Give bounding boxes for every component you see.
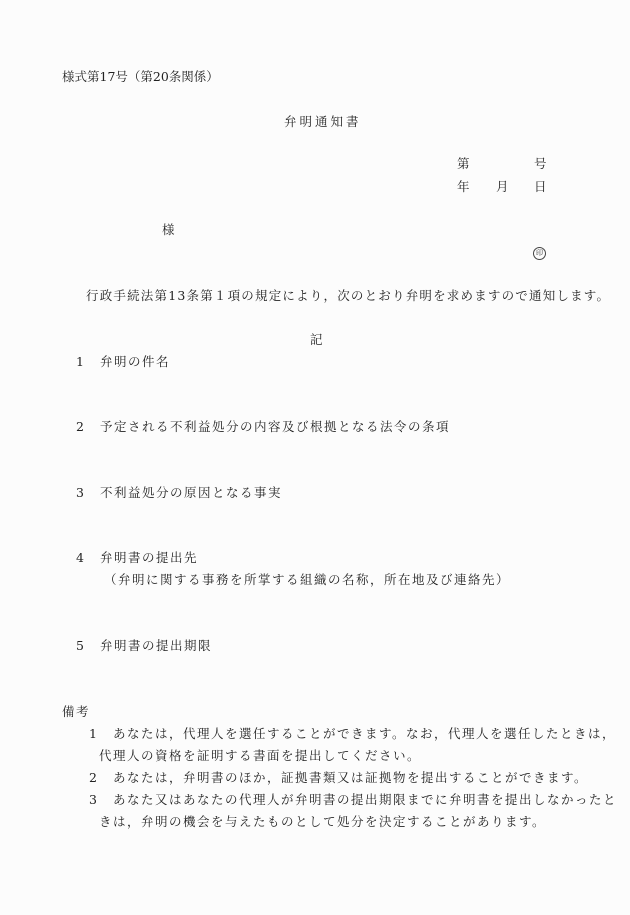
addressee-honorific: 様 [162, 224, 175, 237]
item-5: 5弁明書の提出期限 [76, 640, 212, 653]
remark-1: 1あなたは，代理人を選任することができます。なお，代理人を選任したときは， [89, 728, 616, 741]
form-number: 様式第17号（第20条関係） [62, 71, 219, 84]
date-day: 日 [534, 181, 547, 194]
remark-1-cont: 代理人の資格を証明する書面を提出してください。 [99, 750, 421, 763]
number-prefix: 第 [457, 158, 470, 171]
document-title: 弁明通知書 [284, 116, 362, 129]
seal-icon: 印 [533, 245, 546, 260]
item-1: 1弁明の件名 [76, 356, 170, 369]
item-3: 3不利益処分の原因となる事実 [76, 487, 282, 500]
item-2: 2予定される不利益処分の内容及び根拠となる法令の条項 [76, 421, 450, 434]
remark-2: 2あなたは，弁明書のほか，証拠書類又は証拠物を提出することができます。 [89, 772, 588, 785]
item-4-note: （弁明に関する事務を所掌する組織の名称，所在地及び連絡先） [104, 574, 510, 587]
remark-3: 3あなた又はあなたの代理人が弁明書の提出期限までに弁明書を提出しなかったと [89, 794, 617, 807]
number-suffix: 号 [534, 158, 547, 171]
date-year: 年 [457, 181, 470, 194]
date-month: 月 [496, 181, 509, 194]
remarks-heading: 備考 [62, 706, 90, 719]
remark-3-cont: きは，弁明の機会を与えたものとして処分を決定することがあります。 [99, 816, 546, 829]
ki-heading: 記 [310, 334, 323, 347]
item-4: 4弁明書の提出先 [76, 552, 198, 565]
intro-text: 行政手続法第13条第１項の規定により，次のとおり弁明を求めますので通知します。 [86, 290, 610, 303]
